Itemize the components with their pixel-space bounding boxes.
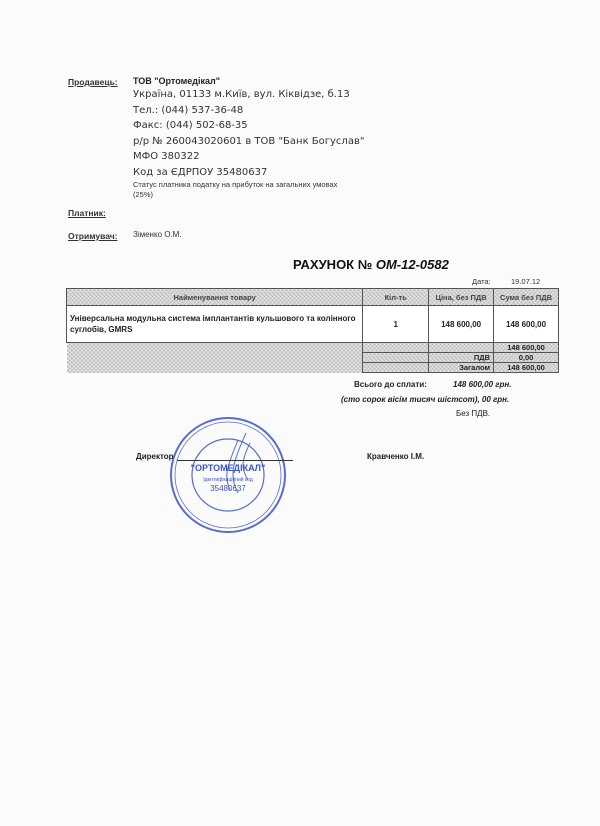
recipient-label: Отримувач:	[68, 231, 118, 241]
total-value: 148 600,00	[494, 363, 559, 373]
table-header-row: Найменування товару Кіл-ть Ціна, без ПДВ…	[67, 289, 559, 306]
seller-edrpou: Код за ЄДРПОУ 35480637	[133, 165, 364, 181]
header-name: Найменування товару	[67, 289, 363, 306]
seller-account: р/р № 260043020601 в ТОВ "Банк Богуслав"	[133, 134, 364, 150]
date-label: Дата:	[472, 277, 491, 287]
invoice-number: ОМ-12-0582	[376, 257, 449, 272]
invoice-table: Найменування товару Кіл-ть Ціна, без ПДВ…	[66, 288, 559, 373]
signature-role: Директор	[136, 452, 174, 461]
subtotal-row: 148 600,00	[67, 343, 559, 353]
vat-blank	[363, 353, 429, 363]
totals-spacer	[67, 343, 363, 373]
subtotal-blank-2	[429, 343, 494, 353]
recipient-value: Зіменко О.М.	[133, 230, 182, 240]
table-row: Універсальна модульна система імплантант…	[67, 306, 559, 343]
signature-name: Кравченко І.М.	[367, 452, 424, 461]
seller-label: Продавець:	[68, 77, 118, 87]
svg-text:Ідентифікаційний код: Ідентифікаційний код	[203, 476, 253, 483]
vat-value: 0,00	[494, 353, 559, 363]
total-blank	[363, 363, 429, 373]
seller-tax-status: Статус платника податку на прибуток на з…	[133, 180, 364, 190]
subtotal-blank-1	[363, 343, 429, 353]
seller-address: Україна, 01133 м.Київ, вул. Кіквідзе, б.…	[133, 87, 364, 103]
payer-label: Платник:	[68, 208, 106, 218]
invoice-title: РАХУНОК № ОМ-12-0582	[293, 257, 449, 272]
item-name: Універсальна модульна система імплантант…	[67, 306, 363, 343]
company-stamp-icon: "ОРТОМЕДІКАЛ" Ідентифікаційний код 35480…	[168, 415, 288, 535]
header-price: Ціна, без ПДВ	[429, 289, 494, 306]
payment-vat-note: Без ПДВ.	[456, 409, 490, 418]
seller-fax: Факс: (044) 502-68-35	[133, 118, 364, 134]
vat-label: ПДВ	[429, 353, 494, 363]
payment-label: Всього до сплати:	[354, 380, 427, 389]
payment-amount: 148 600,00 грн.	[453, 380, 511, 389]
seller-details: Україна, 01133 м.Київ, вул. Кіквідзе, б.…	[133, 87, 364, 200]
header-sum: Сума без ПДВ	[494, 289, 559, 306]
seller-phone: Тел.: (044) 537-36-48	[133, 103, 364, 119]
item-qty: 1	[363, 306, 429, 343]
payment-in-words: (сто сорок вісім тисяч шістсот), 00 грн.	[341, 395, 509, 404]
item-sum: 148 600,00	[494, 306, 559, 343]
signature-line	[177, 460, 293, 461]
seller-mfo: МФО 380322	[133, 149, 364, 165]
svg-text:"ОРТОМЕДІКАЛ": "ОРТОМЕДІКАЛ"	[191, 463, 266, 473]
header-qty: Кіл-ть	[363, 289, 429, 306]
item-price: 148 600,00	[429, 306, 494, 343]
invoice-title-prefix: РАХУНОК №	[293, 257, 372, 272]
seller-name: ТОВ "Ортомедікал"	[133, 76, 220, 86]
subtotal-value: 148 600,00	[494, 343, 559, 353]
svg-text:35480637: 35480637	[210, 484, 246, 493]
seller-tax-rate: (25%)	[133, 190, 364, 200]
invoice-date: 19.07.12	[511, 277, 540, 287]
total-label: Загалом	[429, 363, 494, 373]
